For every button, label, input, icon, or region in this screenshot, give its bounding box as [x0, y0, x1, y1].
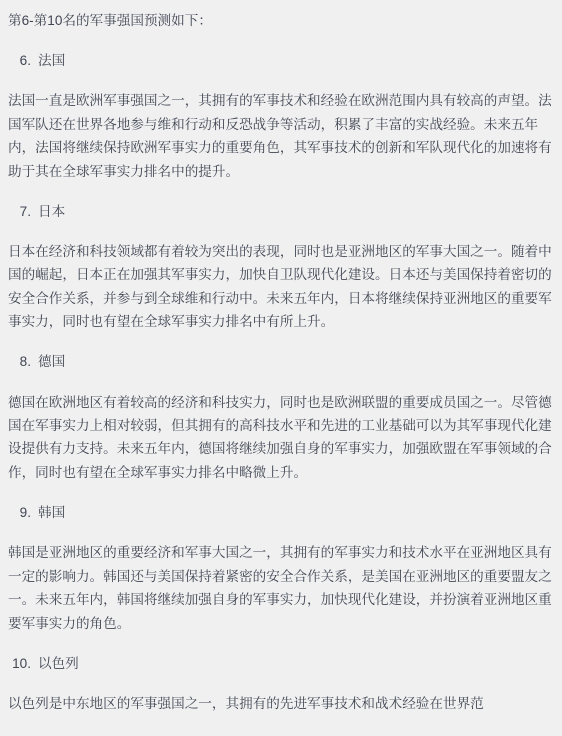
entry-paragraph: 以色列是中东地区的军事强国之一，其拥有的先进军事技术和战术经验在世界范 [8, 692, 554, 715]
entry-rank: 8. [10, 350, 31, 373]
entry-title: 9. 韩国 [8, 501, 554, 524]
entry-country: 韩国 [38, 501, 65, 524]
entry-title: 10. 以色列 [8, 652, 554, 675]
document-content: 第6-第10名的军事强国预测如下： 6. 法国 法国一直是欧洲军事强国之一，其拥… [0, 0, 562, 715]
entry-title: 8. 德国 [8, 350, 554, 373]
entry-germany: 8. 德国 德国在欧洲地区有着较高的经济和科技实力，同时也是欧洲联盟的重要成员国… [8, 350, 554, 484]
entry-rank: 10. [10, 652, 31, 675]
entry-country: 以色列 [38, 652, 79, 675]
entry-japan: 7. 日本 日本在经济和科技领域都有着较为突出的表现，同时也是亚洲地区的军事大国… [8, 200, 554, 334]
entry-rank: 7. [10, 200, 31, 223]
document-page: 第6-第10名的军事强国预测如下： 6. 法国 法国一直是欧洲军事强国之一，其拥… [0, 0, 562, 736]
entry-country: 法国 [38, 49, 65, 72]
intro-text: 第6-第10名的军事强国预测如下： [8, 9, 554, 32]
entry-paragraph: 德国在欧洲地区有着较高的经济和科技实力，同时也是欧洲联盟的重要成员国之一。尽管德… [8, 391, 554, 485]
entry-country: 日本 [38, 200, 65, 223]
entry-paragraph: 日本在经济和科技领域都有着较为突出的表现，同时也是亚洲地区的军事大国之一。随着中… [8, 240, 554, 334]
entry-country: 德国 [38, 350, 65, 373]
entry-south-korea: 9. 韩国 韩国是亚洲地区的重要经济和军事大国之一，其拥有的军事实力和技术水平在… [8, 501, 554, 635]
entry-rank: 6. [10, 49, 31, 72]
entry-paragraph: 韩国是亚洲地区的重要经济和军事大国之一，其拥有的军事实力和技术水平在亚洲地区具有… [8, 541, 554, 635]
entry-paragraph: 法国一直是欧洲军事强国之一，其拥有的军事技术和经验在欧洲范围内具有较高的声望。法… [8, 89, 554, 183]
entry-france: 6. 法国 法国一直是欧洲军事强国之一，其拥有的军事技术和经验在欧洲范围内具有较… [8, 49, 554, 183]
entry-title: 6. 法国 [8, 49, 554, 72]
entry-title: 7. 日本 [8, 200, 554, 223]
entry-rank: 9. [10, 501, 31, 524]
entry-israel: 10. 以色列 以色列是中东地区的军事强国之一，其拥有的先进军事技术和战术经验在… [8, 652, 554, 716]
